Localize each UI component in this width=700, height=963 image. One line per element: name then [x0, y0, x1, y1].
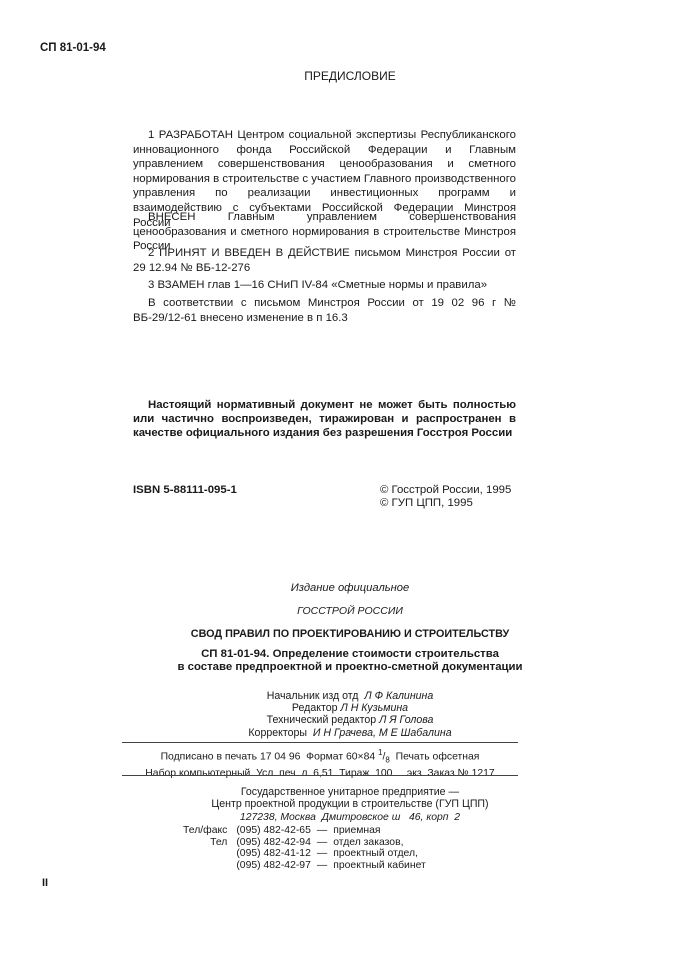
- preface-paragraph-replaces: 3 ВЗАМЕН глав 1—16 СНиП IV-84 «Сметные н…: [133, 278, 516, 293]
- publisher-label: ГОССТРОЙ РОССИИ: [0, 605, 700, 617]
- staff-name: Л Ф Калинина: [364, 690, 433, 702]
- phone-description: проектный кабинет: [330, 860, 429, 872]
- paragraph-text: В соответствии с письмом Минстроя России…: [133, 297, 516, 324]
- document-title-line: в составе предпроектной и проектно-сметн…: [0, 661, 700, 674]
- phone-dash: —: [314, 837, 330, 849]
- paragraph-text: 3 ВЗАМЕН глав 1—16 СНиП IV-84 «Сметные н…: [148, 279, 487, 291]
- document-code: СП 81-01-94: [40, 42, 106, 54]
- copyright-notice: Настоящий нормативный документ не может …: [133, 398, 516, 440]
- page-number: II: [42, 877, 48, 889]
- staff-role: Редактор: [292, 702, 338, 714]
- phone-number: (095) 482-42-65: [233, 825, 314, 837]
- preface-title: ПРЕДИСЛОВИЕ: [0, 69, 700, 83]
- phone-description: проектный отдел,: [330, 848, 429, 860]
- phone-number: (095) 482-42-97: [233, 860, 314, 872]
- phone-row: (095) 482-41-12—проектный отдел,: [180, 848, 429, 860]
- preface-paragraph-amendment: В соответствии с письмом Минстроя России…: [133, 296, 516, 325]
- divider: [122, 775, 518, 776]
- organization-line: Центр проектной продукции в строительств…: [0, 798, 700, 810]
- organization-line: Государственное унитарное предприятие —: [0, 786, 700, 798]
- staff-name: Л Я Голова: [379, 714, 433, 726]
- format-fraction-numerator: 1: [378, 748, 382, 757]
- document-title-line: СП 81-01-94. Определение стоимости строи…: [0, 648, 700, 661]
- staff-row: Начальник изд отд Л Ф Калинина: [0, 690, 700, 702]
- phone-row: Тел/факс(095) 482-42-65—приемная: [180, 825, 429, 837]
- print-info-text: Подписано в печать 17 04 96 Формат 60×84: [161, 751, 378, 762]
- phone-label: Тел: [180, 837, 233, 849]
- isbn: ISBN 5-88111-095-1: [133, 484, 237, 496]
- divider: [122, 742, 518, 743]
- print-info-line: Подписано в печать 17 04 96 Формат 60×84…: [122, 746, 518, 767]
- edition-label: Издание официальное: [0, 582, 700, 594]
- phone-row: Тел(095) 482-42-94—отдел заказов,: [180, 837, 429, 849]
- phone-list: Тел/факс(095) 482-42-65—приемная Тел(095…: [180, 825, 429, 871]
- staff-name: И Н Грачева, М Е Шабалина: [313, 727, 452, 739]
- series-title: СВОД ПРАВИЛ ПО ПРОЕКТИРОВАНИЮ И СТРОИТЕЛ…: [0, 628, 700, 640]
- phone-number: (095) 482-42-94: [233, 837, 314, 849]
- print-info-text: Печать офсетная: [390, 751, 480, 762]
- phone-number: (095) 482-41-12: [233, 848, 314, 860]
- phone-description: отдел заказов,: [330, 837, 429, 849]
- organization-name: Государственное унитарное предприятие — …: [0, 786, 700, 811]
- preface-paragraph-adopted: 2 ПРИНЯТ И ВВЕДЕН В ДЕЙСТВИЕ письмом Мин…: [133, 246, 516, 275]
- copyright-block: © Госстрой России, 1995 © ГУП ЦПП, 1995: [380, 484, 511, 510]
- document-title: СП 81-01-94. Определение стоимости строи…: [0, 648, 700, 674]
- phone-label: [180, 860, 233, 872]
- staff-role: Начальник изд отд: [267, 690, 359, 702]
- phone-row: (095) 482-42-97—проектный кабинет: [180, 860, 429, 872]
- notice-text: Настоящий нормативный документ не может …: [133, 399, 516, 439]
- staff-role: Корректоры: [248, 727, 307, 739]
- staff-credits: Начальник изд отд Л Ф Калинина Редактор …: [0, 690, 700, 739]
- phone-label: Тел/факс: [180, 825, 233, 837]
- phone-dash: —: [314, 825, 330, 837]
- paragraph-text: 2 ПРИНЯТ И ВВЕДЕН В ДЕЙСТВИЕ письмом Мин…: [133, 247, 516, 274]
- phone-dash: —: [314, 860, 330, 872]
- phone-label: [180, 848, 233, 860]
- staff-row: Технический редактор Л Я Голова: [0, 714, 700, 726]
- staff-row: Редактор Л Н Кузьмина: [0, 702, 700, 714]
- staff-role: Технический редактор: [267, 714, 377, 726]
- print-info-line: Набор компьютерный Усл печ л 6,51 Тираж …: [122, 767, 518, 780]
- staff-row: Корректоры И Н Грачева, М Е Шабалина: [0, 727, 700, 739]
- phone-description: приемная: [330, 825, 429, 837]
- copyright-line: © Госстрой России, 1995: [380, 484, 511, 497]
- phone-dash: —: [314, 848, 330, 860]
- staff-name: Л Н Кузьмина: [340, 702, 408, 714]
- organization-address: 127238, Москва Дмитровское ш 46, корп 2: [0, 812, 700, 823]
- copyright-line: © ГУП ЦПП, 1995: [380, 497, 511, 510]
